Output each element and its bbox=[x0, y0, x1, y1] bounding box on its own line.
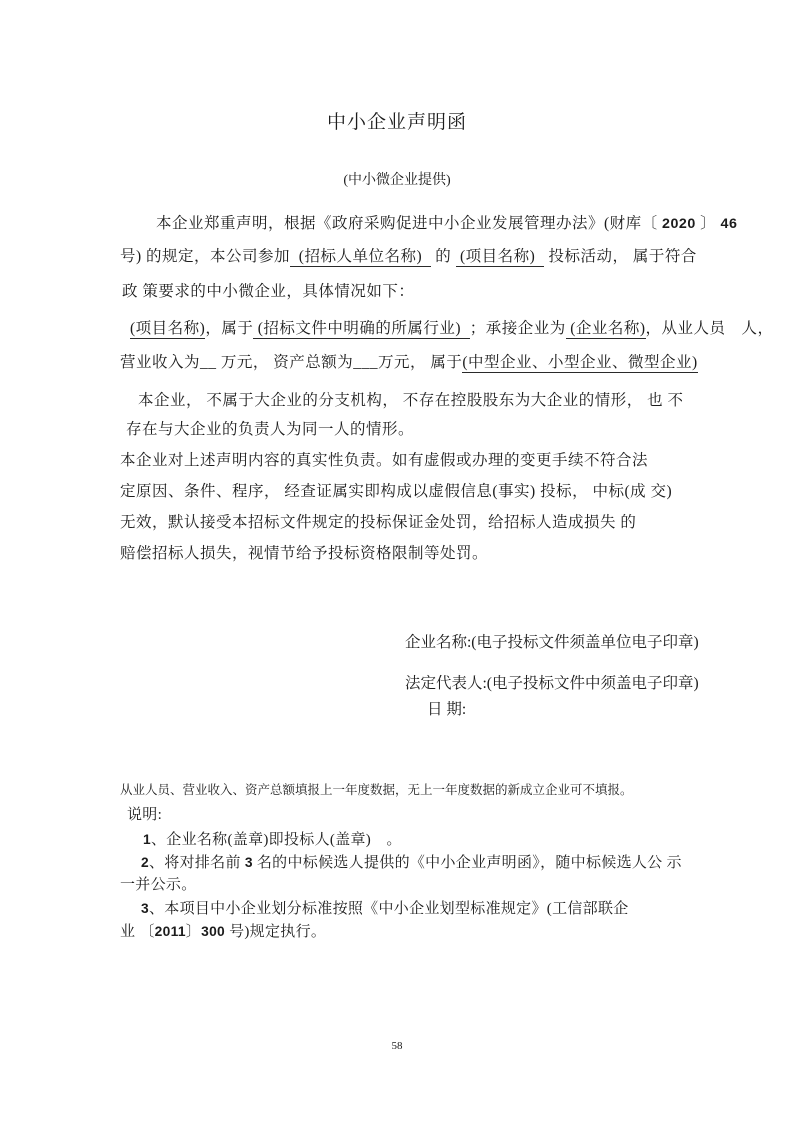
signature-legal-representative: 法定代表人:(电子投标文件中须盖电子印章) bbox=[405, 673, 699, 695]
body-line-10: 无效，默认接受本招标文件规定的投标保证金处罚，给招标人造成损失 的 bbox=[120, 512, 720, 534]
body-line-11: 赔偿招标人损失，视情节给予投标资格限制等处罚。 bbox=[120, 543, 720, 565]
page-number: 58 bbox=[0, 1040, 794, 1052]
signature-date: 日 期: bbox=[405, 699, 466, 721]
document-subtitle: (中小微企业提供) bbox=[0, 171, 794, 191]
body-line-3: 政 策要求的中小微企业，具体情况如下： bbox=[120, 281, 722, 303]
body-line-1: 本企业郑重声明，根据《政府采购促进中小企业发展管理办法》(财库〔 2020 〕 … bbox=[120, 213, 756, 235]
body-line-9: 定原因、条件、程序， 经查证属实即构成以虚假信息(事实) 投标， 中标(成 交) bbox=[120, 481, 720, 503]
note-item-1: 1、企业名称(盖章)即投标人(盖章) 。 bbox=[143, 829, 402, 851]
document-title: 中小企业声明函 bbox=[0, 110, 794, 136]
body-line-2: 号) 的规定，本公司参加 (招标人单位名称) 的 (项目名称) 投标活动， 属于… bbox=[120, 246, 720, 268]
note-item-2: 2、将对排名前 3 名的中标候选人提供的《中小企业声明函》，随中标候选人公 示 bbox=[141, 852, 682, 874]
document-page: 中小企业声明函 (中小微企业提供) 本企业郑重声明，根据《政府采购促进中小企业发… bbox=[0, 0, 794, 1122]
body-line-4: (项目名称)，属于 (招标文件中明确的所属行业) ；承接企业为 (企业名称)，从… bbox=[120, 318, 730, 340]
note-item-3: 3、本项目中小企业划分标准按照《中小企业划型标准规定》(工信部联企 bbox=[141, 898, 629, 920]
note-item-2-continuation: 一并公示。 bbox=[120, 875, 197, 896]
body-line-7: 存在与大企业的负责人为同一人的情形。 bbox=[120, 419, 726, 441]
footnote: 从业人员、营业收入、资产总额填报上一年度数据，无上一年度数据的新成立企业可不填报… bbox=[120, 781, 740, 799]
signature-company-name: 企业名称:(电子投标文件须盖单位电子印章) bbox=[405, 632, 699, 654]
body-line-8: 本企业对上述声明内容的真实性负责。如有虚假或办理的变更手续不符合法 bbox=[120, 450, 720, 472]
notes-heading: 说明: bbox=[127, 805, 162, 826]
body-line-6: 本企业， 不属于大企业的分支机构， 不存在控股股东为大企业的情形， 也 不 bbox=[120, 390, 738, 412]
note-item-3-continuation: 业 〔2011〕300 号)规定执行。 bbox=[120, 921, 326, 943]
body-line-5: 营业收入为__ 万元， 资产总额为___万元， 属于(中型企业、小型企业、微型企… bbox=[120, 352, 720, 374]
